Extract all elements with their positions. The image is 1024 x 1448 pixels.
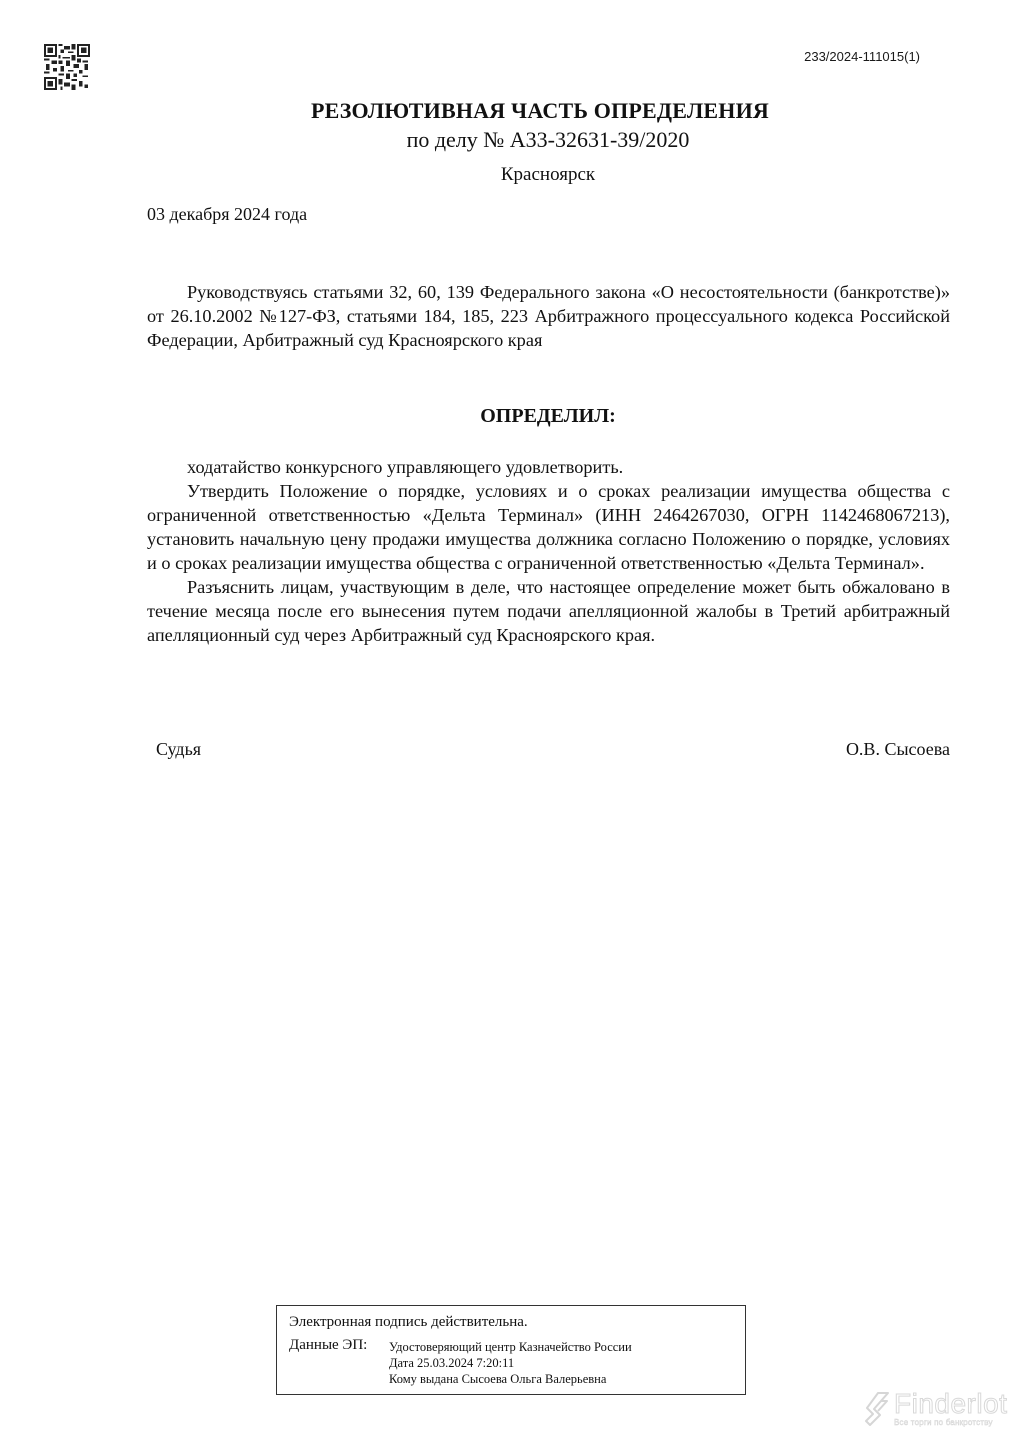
signature-date: Дата 25.03.2024 7:20:11 [389, 1355, 632, 1371]
judge-name: О.В. Сысоева [846, 739, 950, 760]
finderlot-watermark: Finderlot Все торги по банкротству [864, 1390, 1007, 1427]
document-date: 03 декабря 2024 года [147, 204, 307, 225]
signature-issuer: Удостоверяющий центр Казначейство России [389, 1339, 632, 1355]
ruling-paragraph: Утвердить Положение о порядке, условиях … [147, 479, 950, 575]
case-number: по делу № А33-32631-39/2020 [0, 127, 1024, 153]
signature-issued-to: Кому выдана Сысоева Ольга Валерьевна [389, 1371, 632, 1387]
document-id: 233/2024-111015(1) [804, 49, 920, 64]
electronic-signature-stamp: Электронная подпись действительна. Данны… [276, 1305, 746, 1395]
ruling-paragraph: Разъяснить лицам, участвующим в деле, чт… [147, 575, 950, 647]
ruling-body: ходатайство конкурсного управляющего удо… [147, 455, 950, 647]
ruling-heading: ОПРЕДЕЛИЛ: [0, 405, 1024, 428]
ruling-paragraph: ходатайство конкурсного управляющего удо… [147, 455, 950, 479]
judge-role: Судья [156, 739, 201, 760]
watermark-tagline: Все торги по банкротству [894, 1418, 1007, 1427]
watermark-brand: Finderlot [894, 1390, 1007, 1418]
document-title: РЕЗОЛЮТИВНАЯ ЧАСТЬ ОПРЕДЕЛЕНИЯ [0, 98, 1024, 124]
signature-data-label: Данные ЭП: [289, 1337, 389, 1387]
preamble: Руководствуясь статьями 32, 60, 139 Феде… [147, 280, 950, 352]
preamble-paragraph: Руководствуясь статьями 32, 60, 139 Феде… [147, 280, 950, 352]
signature-data: Данные ЭП: Удостоверяющий центр Казначей… [289, 1337, 733, 1387]
finderlot-logo-icon [864, 1391, 890, 1427]
signature-data-lines: Удостоверяющий центр Казначейство России… [389, 1337, 632, 1387]
city: Красноярск [0, 164, 1024, 186]
watermark-text: Finderlot Все торги по банкротству [894, 1390, 1007, 1427]
signature-block: Судья О.В. Сысоева [156, 739, 950, 760]
qr-code-icon [44, 44, 90, 90]
signature-status: Электронная подпись действительна. [289, 1314, 733, 1331]
